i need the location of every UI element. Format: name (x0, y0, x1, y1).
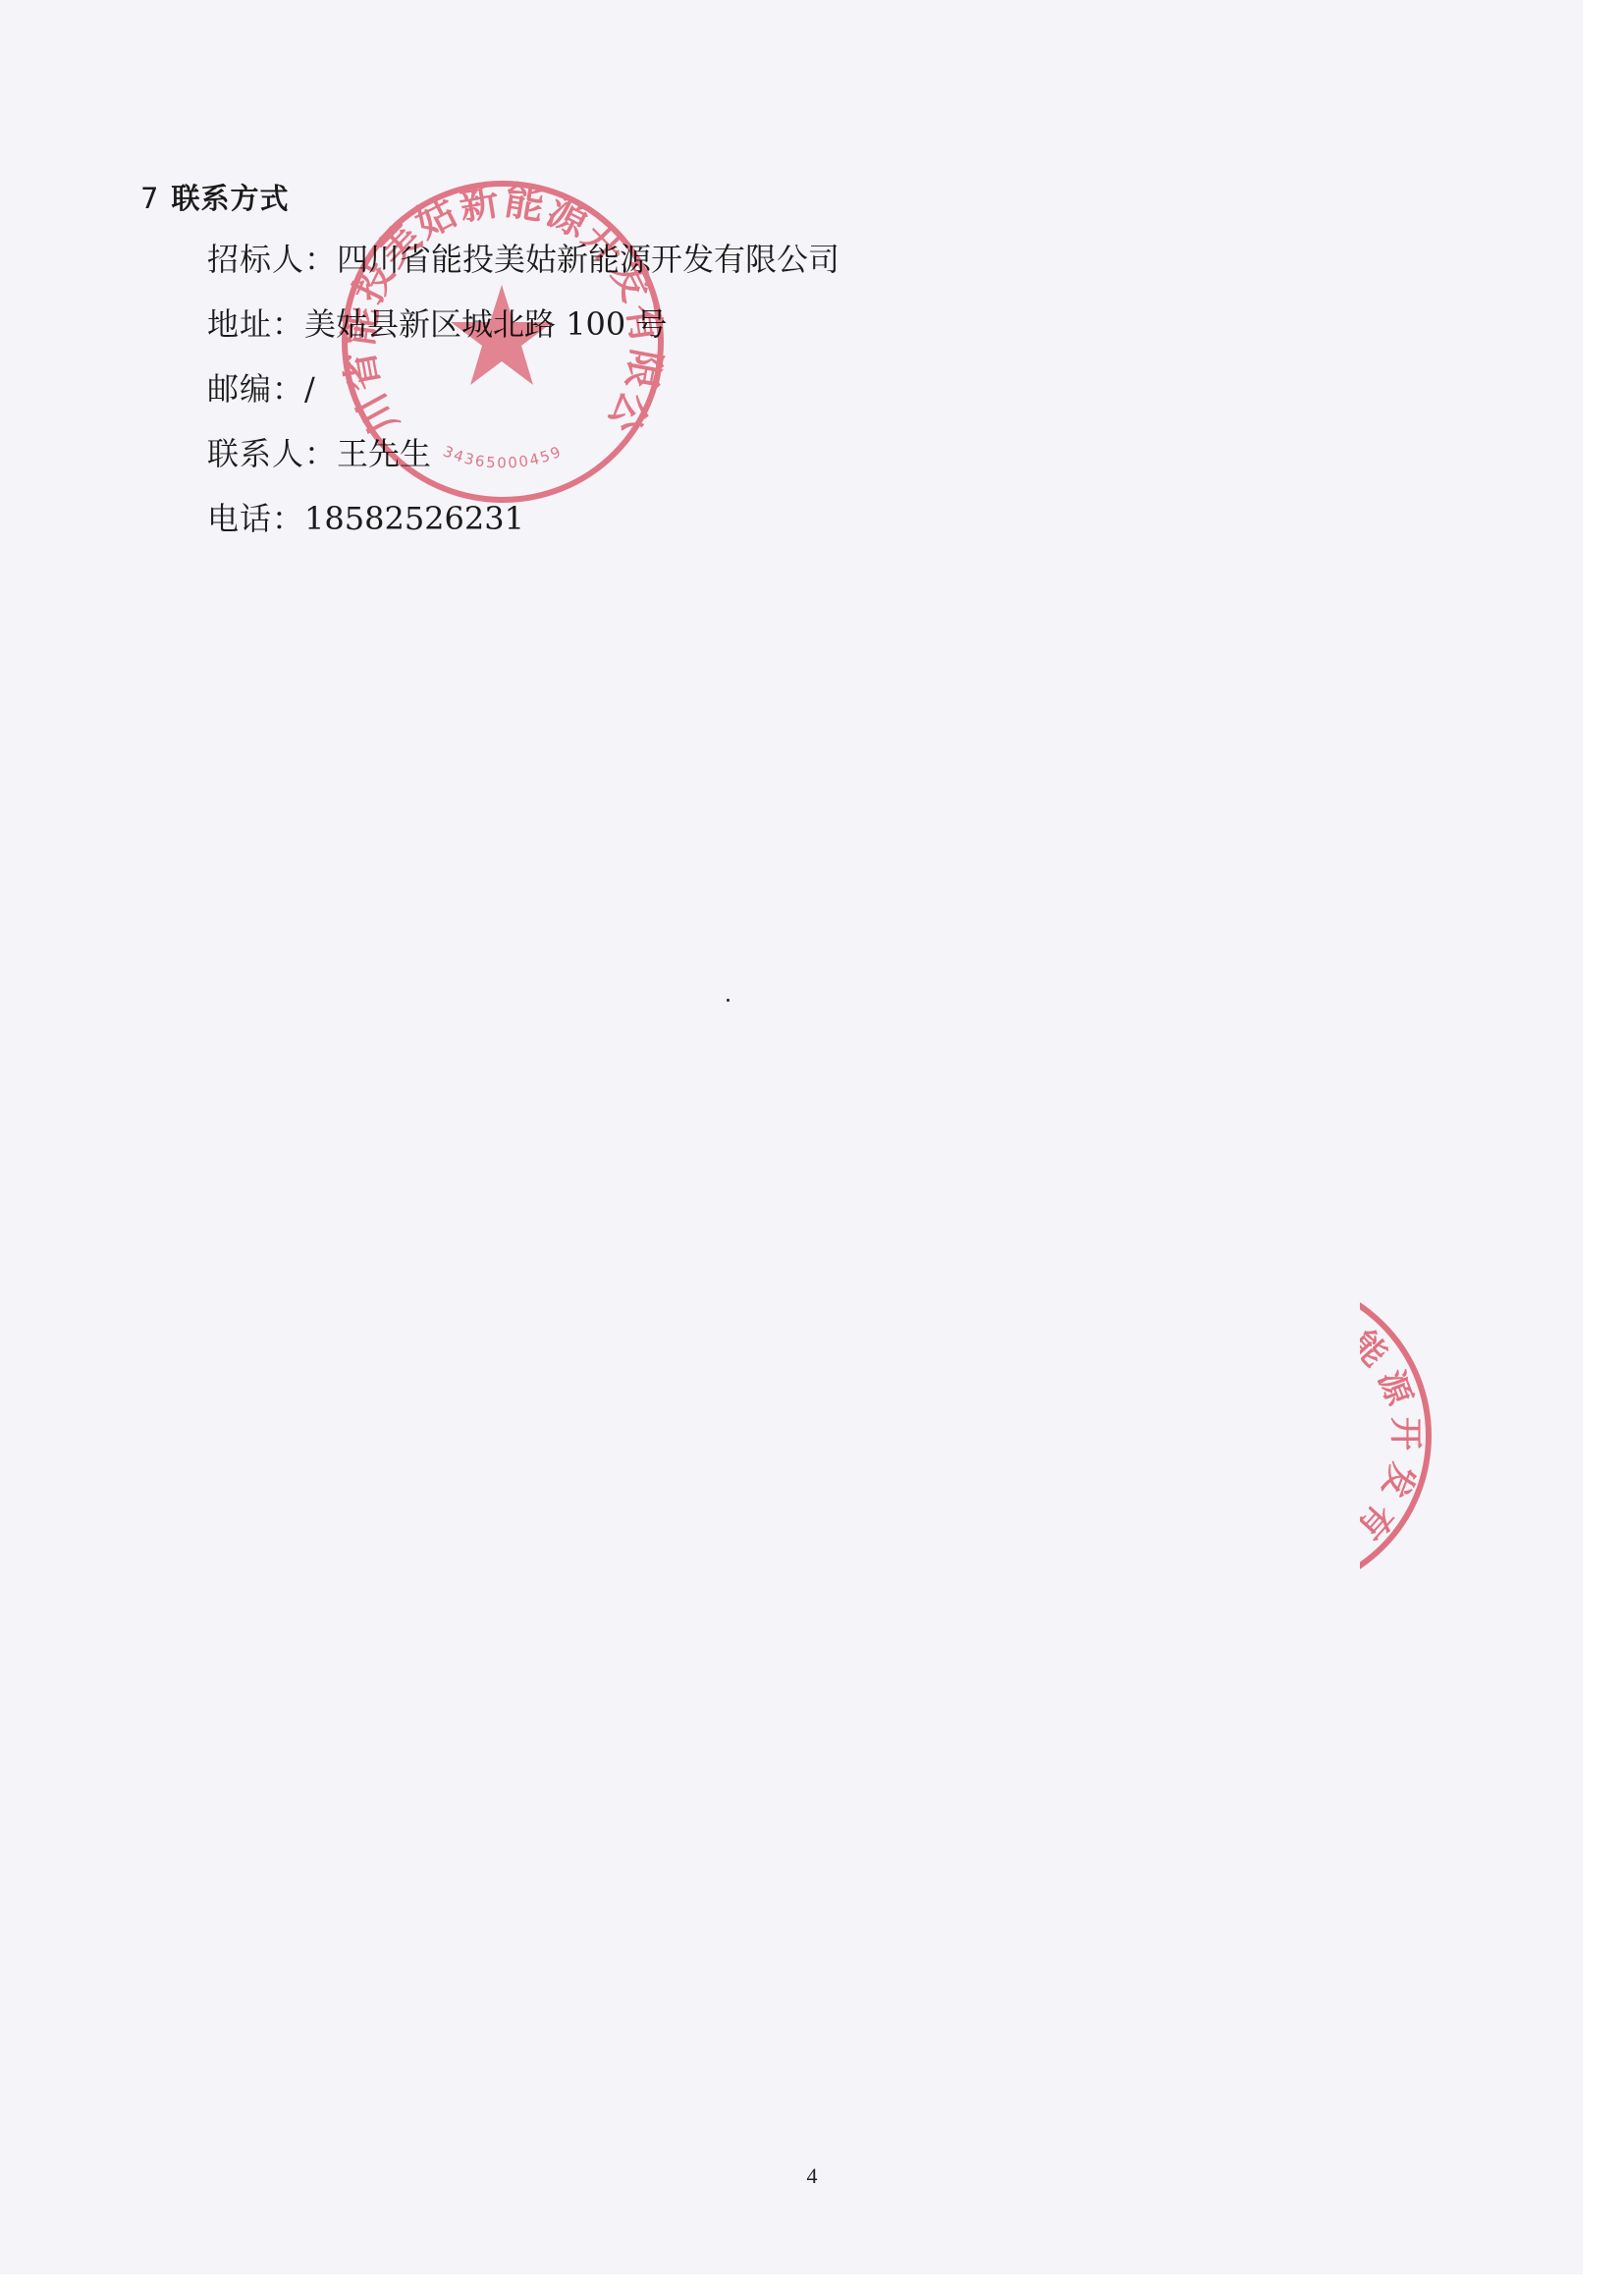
phone-value: 18582526231 (304, 500, 524, 537)
section-title: 联系方式 (171, 182, 289, 215)
bidder-value: 四川省能投美姑新能源开发有限公司 (337, 241, 839, 278)
address-label: 地址： (207, 305, 304, 343)
section-heading: 7联系方式 (140, 177, 289, 217)
postcode-label: 邮编： (207, 370, 304, 408)
contact-line-address: 地址：美姑县新区城北路 100 号 (207, 304, 667, 344)
address-value: 美姑县新区城北路 100 号 (304, 305, 667, 343)
bidder-label: 招标人： (207, 241, 337, 278)
postcode-value: / (304, 370, 315, 408)
contact-line-postcode: 邮编：/ (207, 369, 315, 409)
contact-person-label: 联系人： (207, 435, 337, 472)
phone-label: 电话： (207, 500, 304, 537)
scan-speck (727, 999, 730, 1002)
section-number: 7 (140, 182, 159, 215)
contact-line-bidder: 招标人：四川省能投美姑新能源开发有限公司 (207, 240, 839, 279)
contact-line-person: 联系人：王先生 (207, 434, 431, 473)
contact-line-phone: 电话：18582526231 (207, 499, 524, 538)
page-number: 4 (0, 2163, 1624, 2189)
contact-person-value: 王先生 (337, 435, 431, 472)
